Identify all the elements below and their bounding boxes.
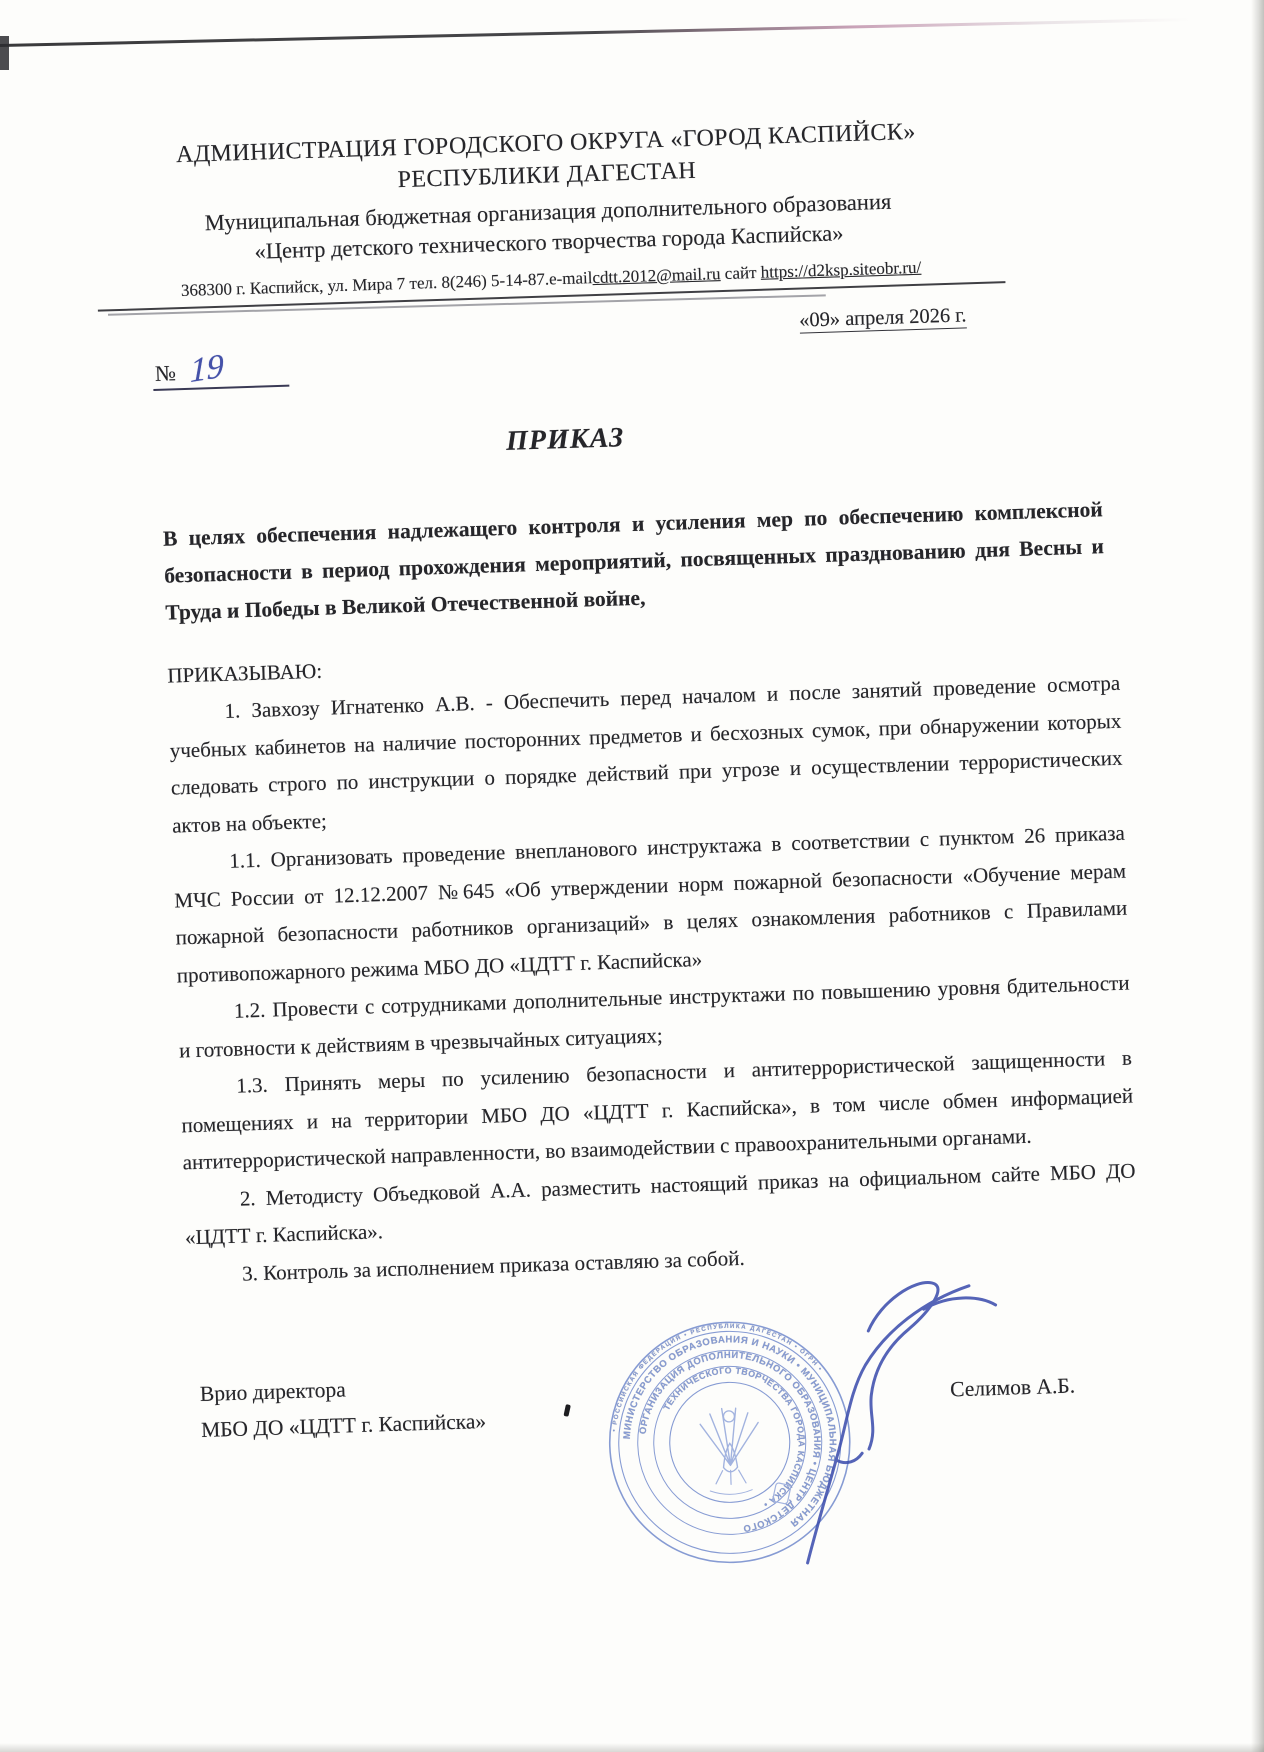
signatory-position: Врио директора МБО ДО «ЦДТТ г. Каспийска… <box>199 1367 486 1448</box>
letterhead: АДМИНИСТРАЦИЯ ГОРОДСКОГО ОКРУГА «ГОРОД К… <box>120 99 1135 311</box>
scan-artifact-ink-speck <box>563 1404 570 1417</box>
document-date: «09» апреля 2026 г. <box>799 304 967 333</box>
order-items: 1. Завхозу Игнатенко А.В. - Обеспечить п… <box>138 664 1166 1295</box>
contact-site-label: сайт <box>720 263 761 283</box>
scan-artifact-top-line <box>0 18 1190 47</box>
contact-address: 368300 г. Каспийск, ул. Мира 7 тел. 8(24… <box>181 268 593 300</box>
signature-ink <box>670 1264 1020 1595</box>
scan-artifact-left-mark <box>0 36 9 70</box>
contact-email: cdtt.2012@mail.ru <box>592 264 721 287</box>
contact-site-url: https://d2ksp.siteobr.ru/ <box>760 258 921 282</box>
scanned-order-document: АДМИНИСТРАЦИЯ ГОРОДСКОГО ОКРУГА «ГОРОД К… <box>0 0 1264 1752</box>
document-title: ПРИКАЗ <box>130 406 1141 470</box>
scan-artifact-right-edge <box>1251 0 1264 1752</box>
number-label: № <box>154 360 176 386</box>
document-body: АДМИНИСТРАЦИЯ ГОРОДСКОГО ОКРУГА «ГОРОД К… <box>120 99 1180 1750</box>
preamble-paragraph: В целях обеспечения надлежащего контроля… <box>163 491 1106 631</box>
handwritten-number: 19 <box>190 352 224 386</box>
number-underline: №19 <box>152 353 289 391</box>
signatory-position-line2: МБО ДО «ЦДТТ г. Каспийска» <box>201 1403 487 1448</box>
